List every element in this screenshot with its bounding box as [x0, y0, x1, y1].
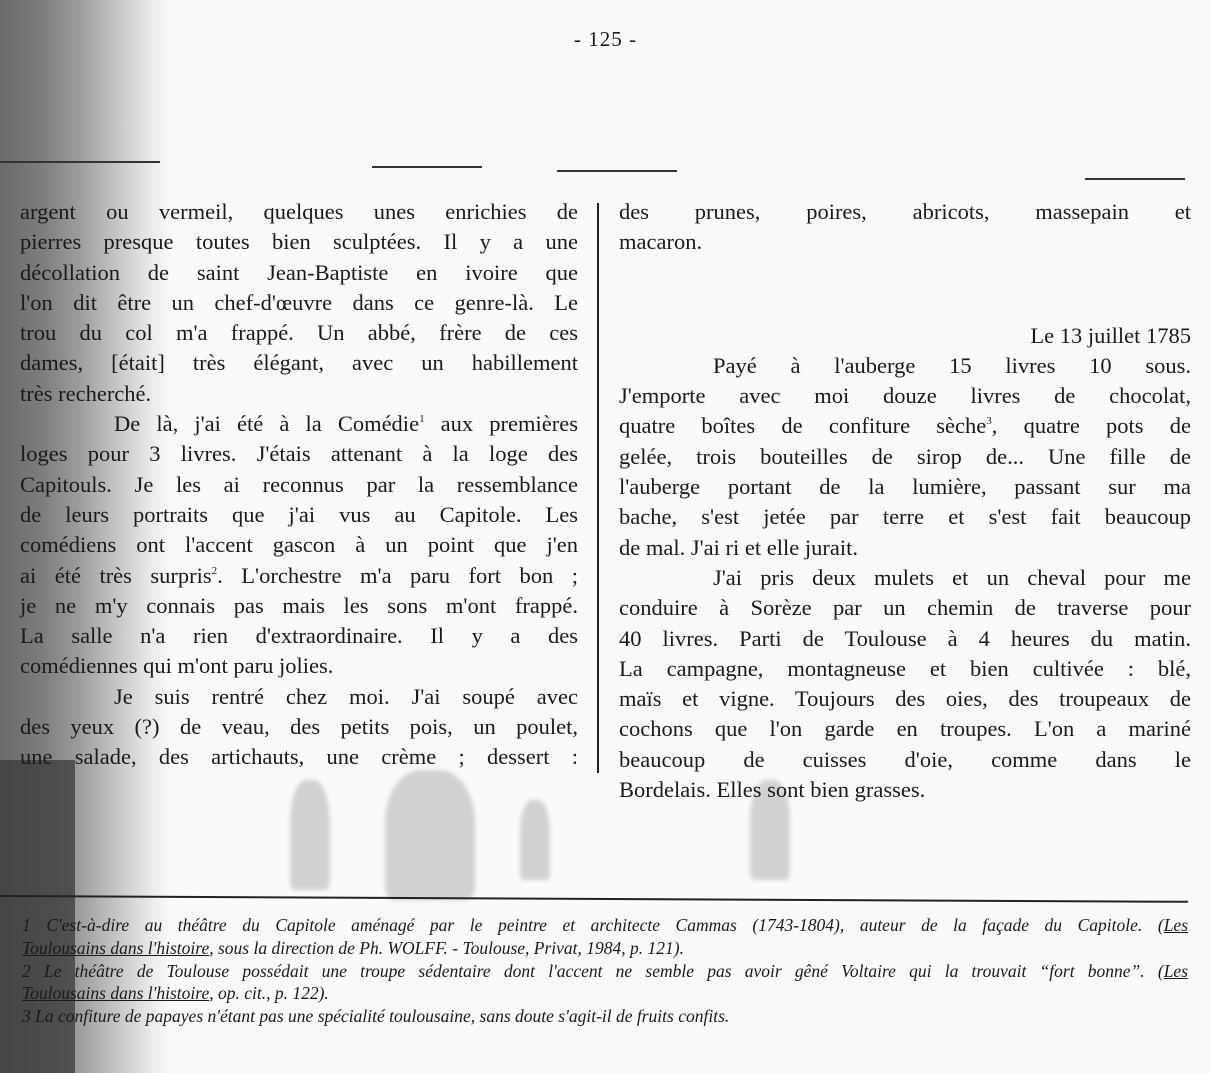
citation-title: Toulousains dans l'histoire [22, 983, 209, 1003]
citation-link: Les [1164, 961, 1188, 981]
text-line: quatre boîtes de confiture sèche3, quatr… [619, 411, 1191, 441]
text-line: pierres presque toutes bien sculptées. I… [20, 227, 578, 257]
text-line: je ne m'y connais pas mais les sons m'on… [20, 591, 578, 621]
footnote-3: 3 La confiture de papayes n'étant pas un… [22, 1005, 1188, 1028]
text-line: des yeux (?) de veau, des petits pois, u… [20, 712, 578, 742]
section-gap [619, 258, 1191, 321]
entry-date: Le 13 juillet 1785 [619, 321, 1191, 351]
citation-title: Toulousains dans l'histoire [22, 938, 209, 958]
header-rule-fragment [0, 161, 160, 163]
paragraph-start: Je suis rentré chez moi. J'ai soupé avec [20, 682, 578, 712]
text-line: des prunes, poires, abricots, massepain … [619, 197, 1191, 227]
footnote-1-line-2: Toulousains dans l'histoire, sous la dir… [22, 937, 1188, 960]
text-line: trou du col m'a frappé. Un abbé, frère d… [20, 318, 578, 348]
text-line: une salade, des artichauts, une crème ; … [20, 742, 578, 772]
footnote-2-line-1: 2 Le théâtre de Toulouse possédait une t… [22, 960, 1188, 983]
scan-blot [385, 770, 475, 900]
text-line: gelée, trois bouteilles de sirop de... U… [619, 442, 1191, 472]
text-line: très recherché. [20, 379, 578, 409]
text-line: J'emporte avec moi douze livres de choco… [619, 381, 1191, 411]
footnote-1-line-1: 1 C'est-à-dire au théâtre du Capitole am… [22, 914, 1188, 937]
header-rule-fragment [1085, 178, 1185, 180]
text-line: La campagne, montagneuse et bien cultivé… [619, 654, 1191, 684]
text-line: bache, s'est jetée par terre et s'est fa… [619, 502, 1191, 532]
text-line: La salle n'a rien d'extraordinaire. Il y… [20, 621, 578, 651]
footnote-2-line-2: Toulousains dans l'histoire, op. cit., p… [22, 982, 1188, 1005]
header-rule-fragment [557, 170, 677, 172]
text-line: dames, [était] très élégant, avec un hab… [20, 348, 578, 378]
header-rule-fragment [372, 166, 482, 168]
text-line: décollation de saint Jean-Baptiste en iv… [20, 258, 578, 288]
text-line: comédiennes qui m'ont paru jolies. [20, 651, 578, 681]
text-line: ai été très surpris2. L'orchestre m'a pa… [20, 561, 578, 591]
text-line: comédiens ont l'accent gascon à un point… [20, 530, 578, 560]
text-line: Bordelais. Elles sont bien grasses. [619, 775, 1191, 805]
citation-link: Les [1164, 915, 1188, 935]
scan-blot [290, 780, 330, 890]
text-line: cochons que l'on garde en troupes. L'on … [619, 714, 1191, 744]
text-line: de mal. J'ai ri et elle jurait. [619, 533, 1191, 563]
paragraph-start: J'ai pris deux mulets et un cheval pour … [619, 563, 1191, 593]
scan-blot [520, 800, 550, 880]
paragraph-start: Payé à l'auberge 15 livres 10 sous. [619, 351, 1191, 381]
right-column: des prunes, poires, abricots, massepain … [619, 197, 1191, 805]
page-number: - 125 - [0, 27, 1211, 52]
left-column: argent ou vermeil, quelques unes enrichi… [20, 197, 578, 773]
paragraph-start: De là, j'ai été à la Comédie1 aux premiè… [20, 409, 578, 439]
text-line: argent ou vermeil, quelques unes enrichi… [20, 197, 578, 227]
column-divider [597, 203, 599, 773]
text-line: beaucoup de cuisses d'oie, comme dans le [619, 745, 1191, 775]
text-line: maïs et vigne. Toujours des oies, des tr… [619, 684, 1191, 714]
text-line: conduire à Sorèze par un chemin de trave… [619, 593, 1191, 623]
text-line: l'on dit être un chef-d'œuvre dans ce ge… [20, 288, 578, 318]
footnote-rule [0, 895, 1188, 903]
text-line: Capitouls. Je les ai reconnus par la res… [20, 470, 578, 500]
text-line: l'auberge portant de la lumière, passant… [619, 472, 1191, 502]
footnotes: 1 C'est-à-dire au théâtre du Capitole am… [22, 914, 1188, 1028]
text-line: 40 livres. Parti de Toulouse à 4 heures … [619, 624, 1191, 654]
text-line: loges pour 3 livres. J'étais attenant à … [20, 439, 578, 469]
text-line: macaron. [619, 227, 1191, 257]
text-line: de leurs portraits que j'ai vus au Capit… [20, 500, 578, 530]
